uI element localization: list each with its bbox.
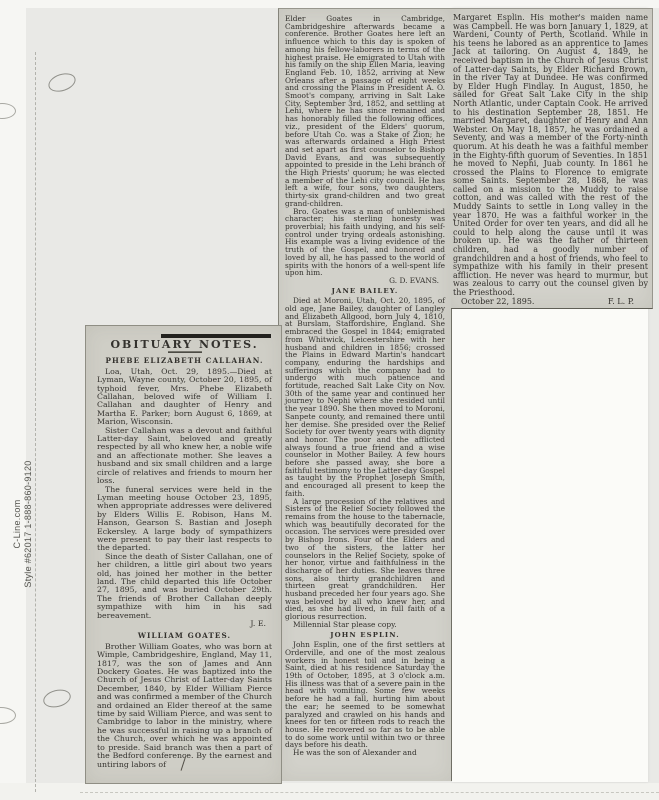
section-heading-william-goates: WILLIAM GOATES. (97, 632, 272, 640)
paragraph-callahan-1: Loa, Utah, Oct. 29, 1895.—Died at Lyman,… (97, 368, 272, 427)
sleeve-left-edge (0, 0, 26, 800)
signature-je: J. E. (97, 620, 272, 628)
paragraph-millennial-star: Millennial Star please copy. (285, 621, 445, 629)
main-clipping-left-column: Elder Goates in Cambridge, Cambridgeshir… (278, 8, 452, 781)
punch-hole (41, 687, 72, 710)
sleeve-bottom-stitch-line (80, 792, 659, 793)
right-column-text: Margaret Esplin. His mother's maiden nam… (451, 9, 652, 308)
paragraph-callahan-2: Sister Callahan was a devout and faithfu… (97, 427, 272, 486)
paragraph-jane-bailey-2: A large procession of the relatives and … (285, 498, 445, 621)
paragraph-esplin-continuation: Margaret Esplin. His mother's maiden nam… (453, 14, 648, 298)
sleeve-seam-stitch-line (35, 52, 36, 792)
archival-sleeve-page: C-Line.com Style #62017 1-888-860-9120 E… (0, 0, 659, 800)
obituary-clipping: OBITUARY NOTES. PHEBE ELIZABETH CALLAHAN… (85, 325, 282, 784)
dateline: October 22, 1895. (461, 298, 534, 307)
paragraph-goates-character: Bro. Goates was a man of unblemished cha… (285, 208, 445, 277)
sleeve-brand-text: C-Line.com Style #62017 1-888-860-9120 (12, 429, 34, 619)
punch-hole (46, 70, 78, 95)
masthead-small-rule (168, 351, 202, 353)
main-clipping-right-column: Margaret Esplin. His mother's maiden nam… (451, 8, 653, 309)
paragraph-john-esplin-2: He was the son of Alexander and (285, 749, 445, 757)
left-column-text: Elder Goates in Cambridge, Cambridgeshir… (279, 9, 451, 781)
obituary-title: OBITUARY NOTES. (97, 341, 272, 349)
dateline-signature-row: October 22, 1895. F. L. P. (453, 298, 648, 307)
paragraph-jane-bailey-1: Died at Moroni, Utah, Oct. 20, 1895, of … (285, 297, 445, 497)
paragraph-goates-continuation: Elder Goates in Cambridge, Cambridgeshir… (285, 15, 445, 208)
brand-line-1: C-Line.com (12, 429, 23, 619)
paragraph-john-esplin-1: John Esplin, one of the first settlers a… (285, 641, 445, 749)
obituary-text: OBITUARY NOTES. PHEBE ELIZABETH CALLAHAN… (86, 326, 281, 783)
section-heading-john-esplin: JOHN ESPLIN. (285, 632, 445, 640)
paragraph-callahan-4: Since the death of Sister Callahan, one … (97, 553, 272, 620)
paragraph-goates-1: Brother William Goates, who was born at … (97, 643, 272, 769)
signature-flp: F. L. P. (608, 298, 634, 307)
section-heading-callahan: PHEBE ELIZABETH CALLAHAN. (97, 357, 272, 365)
sleeve-top-edge (0, 0, 659, 8)
signature-gd-evans: G. D. EVANS. (285, 277, 445, 285)
brand-line-2: Style #62017 1-888-860-9120 (23, 429, 34, 619)
section-heading-jane-bailey: JANE BAILEY. (285, 288, 445, 296)
paragraph-callahan-3: The funeral services were held in the Ly… (97, 486, 272, 553)
